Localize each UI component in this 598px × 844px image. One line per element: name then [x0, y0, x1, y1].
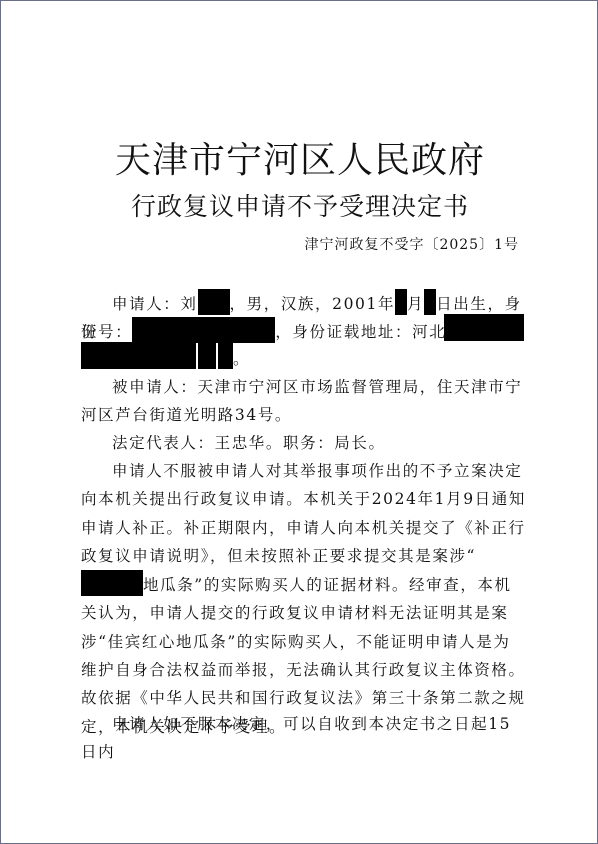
redacted-birth-month — [395, 289, 407, 315]
period: 。 — [233, 350, 250, 368]
redacted-address-part4 — [218, 342, 233, 369]
legal-rep-paragraph: 法定代表人：王忠华。职务：局长。 — [81, 429, 526, 457]
respondent-paragraph: 被申请人：天津市宁河区市场监督管理局，住天津市宁河区芦台街道光明路34号。 — [81, 373, 526, 430]
address-label: ，身份证载地址：河北省 — [275, 323, 463, 341]
document-number: 津宁河政复不受字〔2025〕1号 — [304, 233, 519, 257]
redacted-address-part3 — [198, 342, 216, 369]
address-end: 。 — [233, 345, 253, 373]
applicant-label: 申请人：刘 — [112, 295, 198, 313]
redacted-birth-day — [424, 289, 436, 315]
redacted-product-brand — [81, 570, 143, 596]
reasoning-paragraph: 申请人不服被申请人对其举报事项作出的不予立案决定向本机关提出行政复议申请。本机关… — [81, 457, 526, 741]
remedy-text: 申请人如不服本决定，可以自收到本决定书之日起15日内 — [81, 710, 526, 767]
month-label: 月 — [407, 295, 424, 313]
respondent-text: 被申请人：天津市宁河区市场监督管理局，住天津市宁河区芦台街道光明路34号。 — [81, 373, 526, 430]
redacted-applicant-name — [198, 289, 230, 315]
remedy-paragraph: 申请人如不服本决定，可以自收到本决定书之日起15日内 — [81, 710, 526, 767]
legal-rep-text: 法定代表人：王忠华。职务：局长。 — [81, 429, 526, 457]
reasoning-text-1: 申请人不服被申请人对其举报事项作出的不予立案决定向本机关提出行政复议申请。本机关… — [81, 462, 526, 565]
document-page: 天津市宁河区人民政府 行政复议申请不予受理决定书 津宁河政复不受字〔2025〕1… — [0, 0, 598, 844]
id-label: 证号： — [81, 323, 132, 341]
redacted-address-part2 — [81, 342, 196, 369]
issuer-heading: 天津市宁河区人民政府 — [1, 139, 598, 183]
redacted-id-number — [132, 317, 275, 343]
redacted-address-part1 — [444, 314, 524, 341]
document-title: 行政复议申请不予受理决定书 — [1, 191, 598, 223]
applicant-info-text: ，男，汉族，2001年 — [230, 295, 396, 313]
